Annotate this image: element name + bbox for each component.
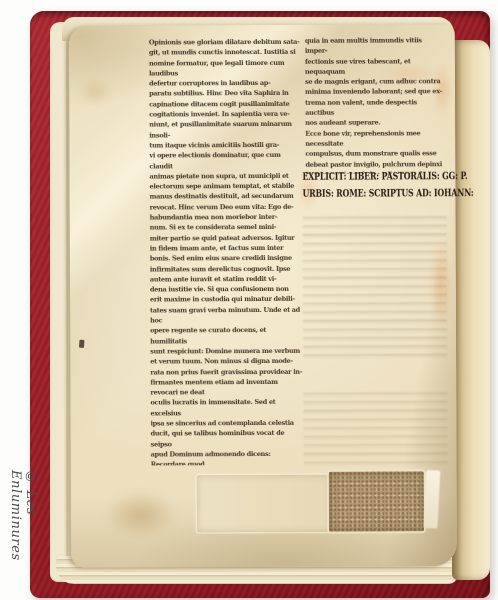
text-column-left: Opinionis sue gloriam dilatare debitum s… bbox=[149, 37, 303, 466]
text-showthrough-block bbox=[303, 392, 447, 467]
explicit-rubric-line-1: EXPLICIT: LIBER: PASTORALIS: GG: P. bbox=[302, 171, 466, 183]
facing-page-gutter-edge bbox=[452, 40, 490, 580]
copyright-watermark: © Les Enluminures bbox=[8, 470, 38, 600]
repair-patch-rough bbox=[329, 471, 424, 531]
manuscript-photo: Opinionis sue gloriam dilatare debitum s… bbox=[0, 0, 498, 600]
text-showthrough-block bbox=[303, 216, 448, 363]
repair-patch-light bbox=[197, 475, 331, 533]
parchment-page: Opinionis sue gloriam dilatare debitum s… bbox=[69, 24, 457, 568]
explicit-rubric-line-2: URBIS: ROME: SCRIPTUS AD: IOHANN: bbox=[303, 188, 467, 200]
brown-damp-stain bbox=[95, 483, 187, 545]
repair-patch-sliver bbox=[424, 470, 441, 529]
text-column-right: quia in eam multis immundis vitiis imper… bbox=[305, 35, 446, 174]
brown-damp-stain bbox=[75, 74, 115, 110]
marginal-mark bbox=[79, 340, 85, 348]
